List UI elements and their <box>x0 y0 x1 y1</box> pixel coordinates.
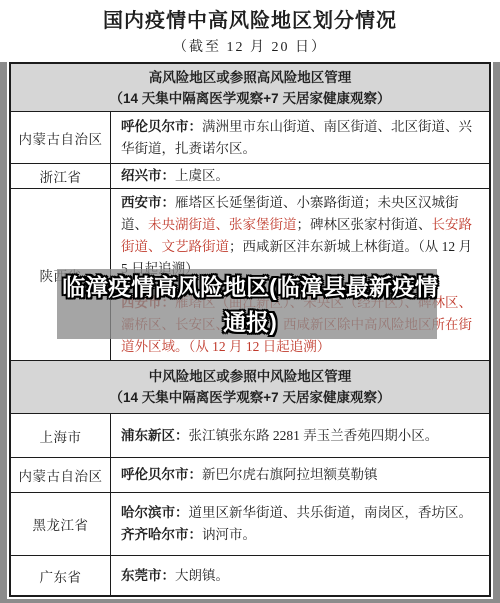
detail-cell: 呼伦贝尔市：满洲里市东山街道、南区街道、北区街道、兴华街道，扎赉诺尔区。 <box>111 112 489 163</box>
detail-text: 张江镇张东路 2281 弄玉兰香苑四期小区。 <box>189 428 439 443</box>
high-risk-header-line2: （14 天集中隔离医学观察+7 天居家健康观察） <box>110 88 391 109</box>
city-name: 浦东新区： <box>121 428 189 443</box>
medium-risk-section-header: 中风险地区或参照中风险地区管理 （14 天集中隔离医学观察+7 天居家健康观察） <box>11 361 489 414</box>
detail-cell: 东莞市：大朗镇。 <box>111 556 489 595</box>
city-name: 哈尔滨市： <box>121 505 189 520</box>
detail-text: 讷河市。 <box>202 527 256 542</box>
table-row: 上海市 浦东新区：张江镇张东路 2281 弄玉兰香苑四期小区。 <box>11 414 489 458</box>
table-row: 黑龙江省 哈尔滨市：道里区新华街道、共乐街道，南岗区，香坊区。 齐齐哈尔市：讷河… <box>11 493 489 556</box>
province-cell: 黑龙江省 <box>11 493 111 555</box>
high-risk-header-line1: 高风险地区或参照高风险地区管理 <box>149 67 352 88</box>
watermark-line2: 通报) <box>223 309 277 335</box>
detail-cell: 浦东新区：张江镇张东路 2281 弄玉兰香苑四期小区。 <box>111 414 489 457</box>
detail-cell: 绍兴市：上虞区。 <box>111 164 489 188</box>
detail-cell: 哈尔滨市：道里区新华街道、共乐街道，南岗区，香坊区。 齐齐哈尔市：讷河市。 <box>111 493 489 555</box>
high-risk-section-header: 高风险地区或参照高风险地区管理 （14 天集中隔离医学观察+7 天居家健康观察） <box>11 64 489 112</box>
watermark-text: 临漳疫情高风险地区(临漳县最新疫情通报) <box>10 270 490 340</box>
table-row: 广东省 东莞市：大朗镇。 <box>11 556 489 595</box>
medium-risk-header-line1: 中风险地区或参照中风险地区管理 <box>149 366 352 387</box>
table-row: 内蒙古自治区 呼伦贝尔市：满洲里市东山街道、南区街道、北区街道、兴华街道，扎赉诺… <box>11 112 489 164</box>
province-cell: 广东省 <box>11 556 111 595</box>
page-title: 国内疫情中高风险地区划分情况 <box>0 4 500 33</box>
medium-risk-header-line2: （14 天集中隔离医学观察+7 天居家健康观察） <box>110 387 391 408</box>
red-detail-text: 未央湖街道、张家堡街道 <box>148 217 297 232</box>
province-cell: 浙江省 <box>11 164 111 188</box>
watermark-line1: 临漳疫情高风险地区(临漳县最新疫情 <box>62 274 438 300</box>
province-cell: 内蒙古自治区 <box>11 112 111 163</box>
province-cell: 内蒙古自治区 <box>11 458 111 492</box>
city-name: 西安市： <box>121 195 175 210</box>
detail-text: 上虞区。 <box>175 168 229 183</box>
detail-text: 新巴尔虎右旗阿拉坦额莫勒镇 <box>202 467 378 482</box>
detail-text: 大朗镇。 <box>175 568 229 583</box>
city-name: 呼伦贝尔市： <box>121 467 202 482</box>
province-cell: 上海市 <box>11 414 111 457</box>
city-name: 呼伦贝尔市： <box>121 119 202 134</box>
detail-cell: 呼伦贝尔市：新巴尔虎右旗阿拉坦额莫勒镇 <box>111 458 489 492</box>
detail-text: 道里区新华街道、共乐街道，南岗区，香坊区。 <box>189 505 473 520</box>
detail-text: ；碑林区张家村街道、 <box>297 217 432 232</box>
city-name: 绍兴市： <box>121 168 175 183</box>
table-row: 浙江省 绍兴市：上虞区。 <box>11 164 489 189</box>
page-subtitle: （截至 12 月 20 日） <box>0 36 500 56</box>
city-name: 东莞市： <box>121 568 175 583</box>
table-row: 内蒙古自治区 呼伦贝尔市：新巴尔虎右旗阿拉坦额莫勒镇 <box>11 458 489 493</box>
city-name: 齐齐哈尔市： <box>121 527 202 542</box>
detail-paragraph: 西安市：雁塔区长延堡街道、小寨路街道；未央区汉城街道、未央湖街道、张家堡街道；碑… <box>121 192 481 280</box>
